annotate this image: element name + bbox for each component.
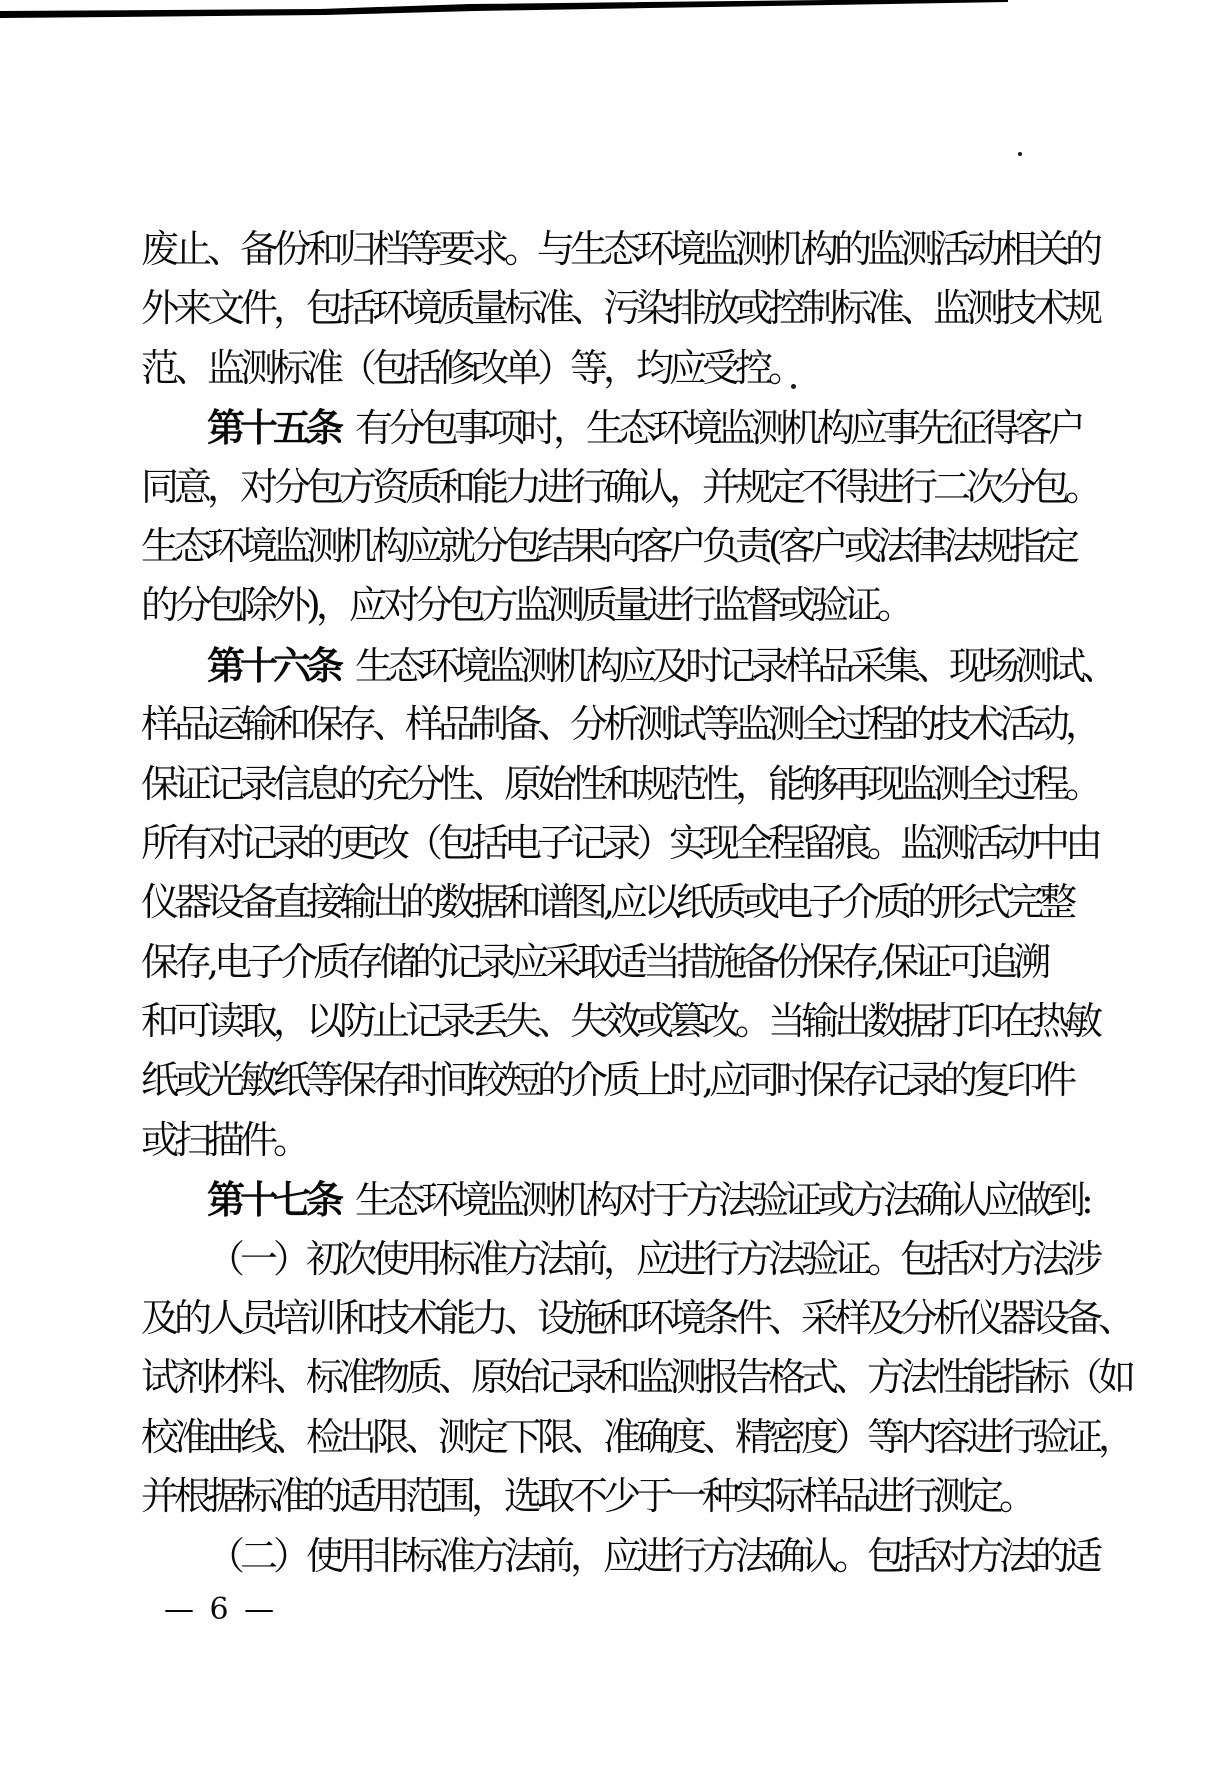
line-text: 仪器设备直接输出的数据和谱图,应以纸质或电子介质的形式完整: [141, 880, 1072, 924]
text-line: 纸或光敏纸等保存时间较短的介质上时,应同时保存记录的复印件: [141, 1051, 1111, 1110]
text-line: 样品运输和保存、样品制备、分析测试等监测全过程的技术活动，: [141, 695, 1111, 754]
line-text: 范、监测标准（包括修改单）等，均应受控。: [141, 346, 801, 390]
line-text: 有分包事项时，生态环境监测机构应事先征得客户: [355, 406, 1081, 450]
line-text: （二）使用非标准方法前，应进行方法确认。包括对方法的适: [207, 1534, 1098, 1578]
text-line: 废止、备份和归档等要求。与生态环境监测机构的监测活动相关的: [141, 220, 1111, 279]
article-number: 第十六条: [207, 643, 339, 688]
line-text: 的分包除外)，应对分包方监测质量进行监督或验证。: [141, 583, 910, 627]
text-line: 校准曲线、检出限、测定下限、准确度、精密度）等内容进行验证，: [141, 1408, 1111, 1467]
scan-artifact-streak: [0, 0, 1010, 24]
line-text: 校准曲线、检出限、测定下限、准确度、精密度）等内容进行验证，: [141, 1415, 1131, 1459]
text-line: 并根据标准的适用范围，选取不少于一种实际样品进行测定。: [141, 1467, 1111, 1526]
line-text: 和可读取，以防止记录丢失、失效或篡改。当输出数据打印在热敏: [141, 999, 1098, 1043]
line-text: 保证记录信息的充分性、原始性和规范性，能够再现监测全过程。: [141, 762, 1098, 806]
document-lines: 废止、备份和归档等要求。与生态环境监测机构的监测活动相关的外来文件，包括环境质量…: [141, 220, 1111, 1586]
text-line: 及的人员培训和技术能力、设施和环境条件、采样及分析仪器设备、: [141, 1289, 1111, 1348]
text-line: 仪器设备直接输出的数据和谱图,应以纸质或电子介质的形式完整: [141, 873, 1111, 932]
text-line: （一）初次使用标准方法前，应进行方法验证。包括对方法涉: [141, 1230, 1111, 1289]
text-line: 第十六条生态环境监测机构应及时记录样品采集、现场测试、: [141, 636, 1111, 695]
line-text: 所有对记录的更改（包括电子记录）实现全程留痕。监测活动中由: [141, 821, 1098, 865]
line-text: 并根据标准的适用范围，选取不少于一种实际样品进行测定。: [141, 1474, 1032, 1518]
text-line: 外来文件，包括环境质量标准、污染排放或控制标准、监测技术规: [141, 279, 1111, 338]
footer-page-number: — 6 —: [164, 1592, 277, 1627]
article-number: 第十七条: [207, 1177, 339, 1222]
line-text: 及的人员培训和技术能力、设施和环境条件、采样及分析仪器设备、: [141, 1296, 1131, 1340]
line-text: 生态环境监测机构应及时记录样品采集、现场测试、: [355, 644, 1114, 688]
line-text: 试剂材料、标准物质、原始记录和监测报告格式、方法性能指标（如: [141, 1355, 1131, 1399]
text-line: 第十七条生态环境监测机构对于方法验证或方法确认应做到:: [141, 1170, 1111, 1229]
line-text: 保存,电子介质存储的记录应采取适当措施备份保存,保证可追溯: [141, 940, 1046, 984]
article-number: 第十五条: [207, 405, 339, 450]
document-page: 废止、备份和归档等要求。与生态环境监测机构的监测活动相关的外来文件，包括环境质量…: [0, 0, 1221, 1785]
text-line: 生态环境监测机构应就分包结果向客户负责(客户或法律法规指定: [141, 517, 1111, 576]
text-line: 范、监测标准（包括修改单）等，均应受控。: [141, 339, 1111, 398]
text-line: 同意，对分包方资质和能力进行确认，并规定不得进行二次分包。: [141, 458, 1111, 517]
text-line: 所有对记录的更改（包括电子记录）实现全程留痕。监测活动中由: [141, 814, 1111, 873]
text-line: 和可读取，以防止记录丢失、失效或篡改。当输出数据打印在热敏: [141, 992, 1111, 1051]
scan-artifact-dot: [1018, 152, 1022, 156]
text-line: 或扫描件。: [141, 1111, 1111, 1170]
line-text: 同意，对分包方资质和能力进行确认，并规定不得进行二次分包。: [141, 465, 1098, 509]
text-line: 第十五条有分包事项时，生态环境监测机构应事先征得客户: [141, 398, 1111, 457]
line-text: 或扫描件。: [141, 1118, 306, 1162]
text-line: 保存,电子介质存储的记录应采取适当措施备份保存,保证可追溯: [141, 933, 1111, 992]
text-line: （二）使用非标准方法前，应进行方法确认。包括对方法的适: [141, 1527, 1111, 1586]
line-text: 纸或光敏纸等保存时间较短的介质上时,应同时保存记录的复印件: [141, 1058, 1072, 1102]
line-text: 废止、备份和归档等要求。与生态环境监测机构的监测活动相关的: [141, 227, 1098, 271]
text-line: 试剂材料、标准物质、原始记录和监测报告格式、方法性能指标（如: [141, 1348, 1111, 1407]
text-line: 保证记录信息的充分性、原始性和规范性，能够再现监测全过程。: [141, 755, 1111, 814]
line-text: （一）初次使用标准方法前，应进行方法验证。包括对方法涉: [207, 1237, 1098, 1281]
scan-streak-shape: [0, 0, 1008, 18]
line-text: 样品运输和保存、样品制备、分析测试等监测全过程的技术活动，: [141, 702, 1098, 746]
line-text: 生态环境监测机构对于方法验证或方法确认应做到:: [355, 1178, 1089, 1222]
line-text: 外来文件，包括环境质量标准、污染排放或控制标准、监测技术规: [141, 286, 1098, 330]
text-line: 的分包除外)，应对分包方监测质量进行监督或验证。: [141, 576, 1111, 635]
line-text: 生态环境监测机构应就分包结果向客户负责(客户或法律法规指定: [141, 524, 1075, 568]
